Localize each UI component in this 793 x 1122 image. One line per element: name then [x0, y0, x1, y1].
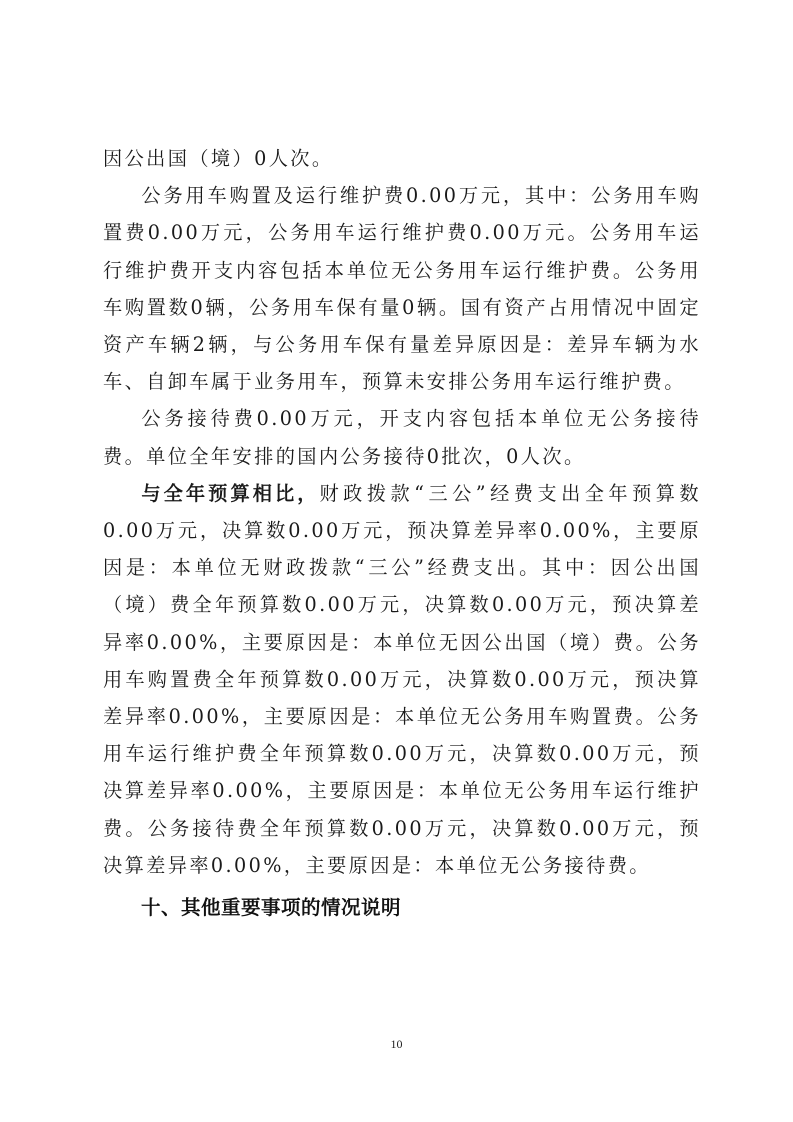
section-heading-other-matters: 十、其他重要事项的情况说明: [103, 888, 701, 928]
paragraph-budget-comparison: 与全年预算相比，财政拨款“三公”经费支出全年预算数0.00万元，决算数0.00万…: [103, 475, 701, 884]
budget-comparison-body: 财政拨款“三公”经费支出全年预算数0.00万元，决算数0.00万元，预决算差异率…: [103, 482, 701, 877]
paragraph-official-vehicle: 公务用车购置及运行维护费0.00万元，其中：公务用车购置费0.00万元，公务用车…: [103, 177, 701, 400]
budget-comparison-lead: 与全年预算相比，: [141, 482, 319, 505]
document-page: 因公出国（境）0人次。 公务用车购置及运行维护费0.00万元，其中：公务用车购置…: [103, 140, 701, 928]
paragraph-overseas-tail: 因公出国（境）0人次。: [103, 140, 701, 177]
paragraph-official-reception: 公务接待费0.00万元，开支内容包括本单位无公务接待费。单位全年安排的国内公务接…: [103, 400, 701, 474]
page-number: 10: [0, 1037, 793, 1052]
